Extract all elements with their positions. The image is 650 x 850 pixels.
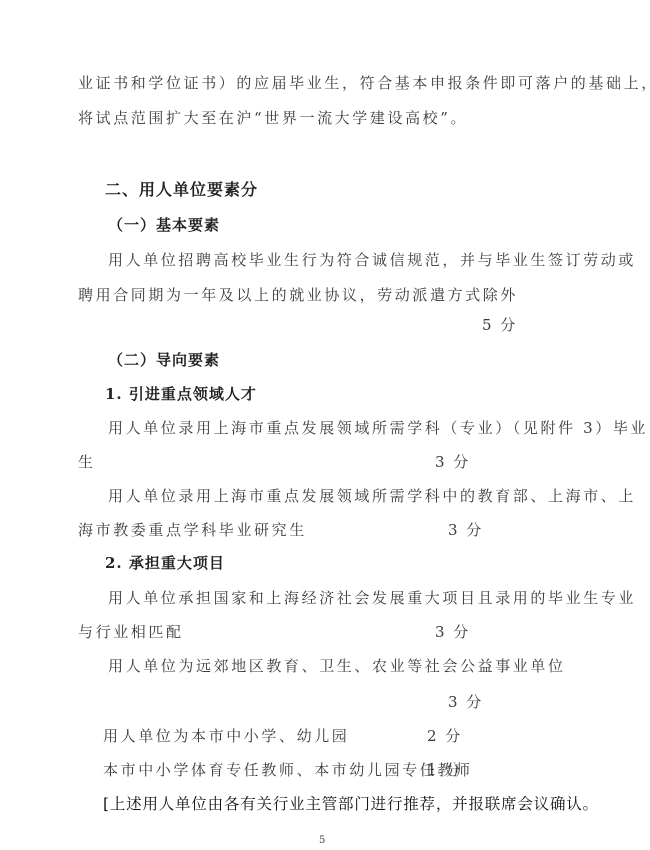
item1-title: 1. 引进重点领域人才 [105, 384, 257, 404]
item1-b-line-2: 海市教委重点学科毕业研究生 [78, 520, 307, 540]
item2-c-line-1: 用人单位为本市中小学、幼儿园 [103, 726, 349, 746]
item1-a-line-2: 生 [78, 452, 96, 472]
item1-a-score: 3 分 [435, 452, 470, 472]
item2-a-line-2: 与行业相匹配 [78, 622, 184, 642]
page-number: 5 [319, 835, 325, 846]
item1-a-line-1: 用人单位录用上海市重点发展领域所需学科（专业）（见附件 3）毕业 [108, 418, 648, 438]
item2-a-score: 3 分 [435, 622, 470, 642]
section-title: 二、用人单位要素分 [105, 180, 258, 200]
item2-b-score: 3 分 [448, 692, 483, 712]
basic-text-line-1: 用人单位招聘高校毕业生行为符合诚信规范，并与毕业生签订劳动或 [108, 250, 636, 270]
intro-line-1: 业证书和学位证书）的应届毕业生，符合基本申报条件即可落户的基础上， [78, 73, 650, 93]
item2-c-score: 2 分 [427, 726, 462, 746]
basic-score: 5 分 [482, 315, 517, 335]
basic-text-line-2: 聘用合同期为一年及以上的就业协议，劳动派遣方式除外 [78, 285, 518, 305]
document-page: 业证书和学位证书）的应届毕业生，符合基本申报条件即可落户的基础上， 将试点范围扩… [0, 0, 650, 850]
basic-heading: （一）基本要素 [108, 215, 220, 235]
item2-d-line-1: 本市中小学体育专任教师、本市幼儿园专任教师 [103, 760, 473, 780]
item1-b-score: 3 分 [448, 520, 483, 540]
guidance-heading: （二）导向要素 [108, 350, 220, 370]
item2-b-line-1: 用人单位为远郊地区教育、卫生、农业等社会公益事业单位 [108, 656, 566, 676]
recommendation-note: [上述用人单位由各有关行业主管部门进行推荐，并报联席会议确认。 [103, 794, 599, 814]
item2-d-score: 1 分 [427, 760, 462, 780]
item2-title: 2. 承担重大项目 [105, 553, 225, 573]
intro-line-2: 将试点范围扩大至在沪“世界一流大学建设高校”。 [78, 108, 468, 128]
item1-b-line-1: 用人单位录用上海市重点发展领域所需学科中的教育部、上海市、上 [108, 486, 636, 506]
item2-a-line-1: 用人单位承担国家和上海经济社会发展重大项目且录用的毕业生专业 [108, 588, 636, 608]
